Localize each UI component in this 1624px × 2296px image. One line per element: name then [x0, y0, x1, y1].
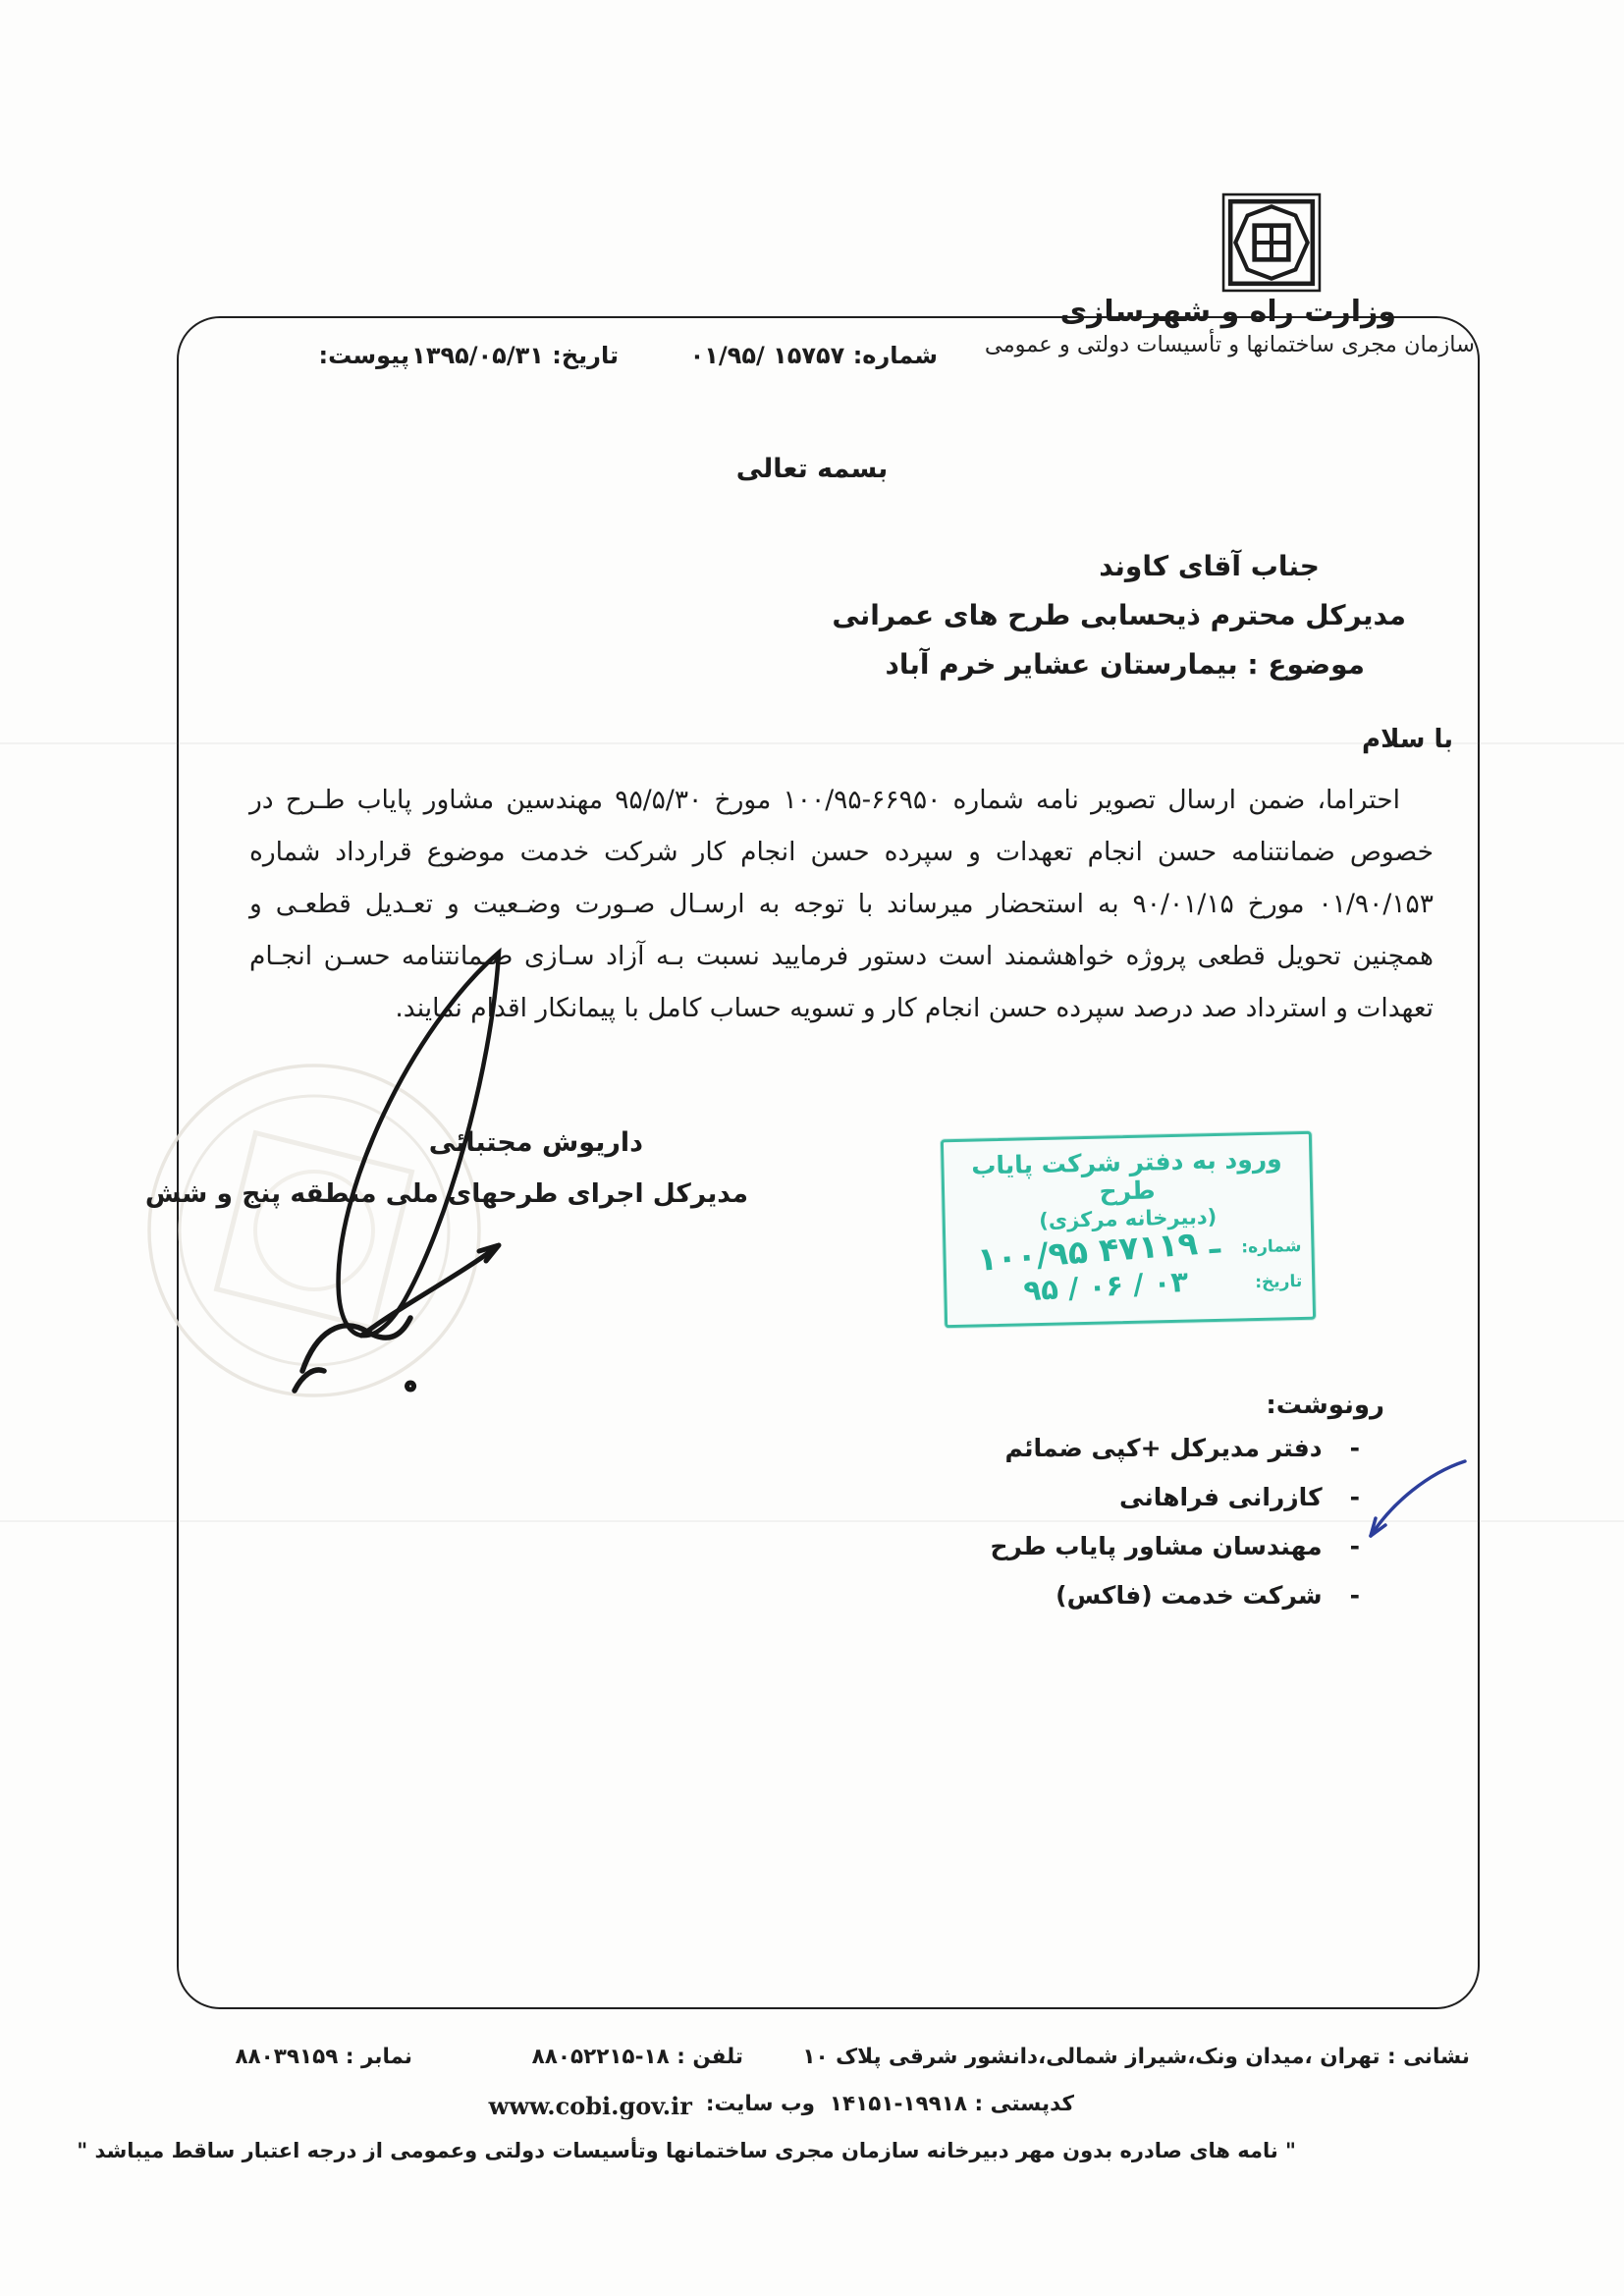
footer-postal-code: کدپستی : ۱۹۹۱۸-۱۴۱۵۱ [830, 2092, 1074, 2116]
organization-name: سازمان مجری ساختمانها و تأسیسات دولتی و … [985, 332, 1475, 357]
stamp-title: ورود به دفتر شرکت پایاب طرح [944, 1144, 1310, 1209]
footer-website: وب سایت: www.cobi.gov.ir [489, 2092, 815, 2120]
copy-item: - شرکت خدمت (فاکس) [1056, 1581, 1360, 1610]
stamp-date-label: تاریخ: [1255, 1272, 1302, 1292]
entry-stamp: ورود به دفتر شرکت پایاب طرح (دبیرخانه مر… [941, 1131, 1316, 1329]
letter-date-label: تاریخ: [552, 342, 619, 369]
copy-item-text: مهندسان مشاور پایاب طرح [991, 1532, 1323, 1560]
annotation-arrow-icon [1355, 1451, 1473, 1558]
signature-stroke [245, 911, 569, 1406]
footer-website-url: www.cobi.gov.ir [489, 2092, 692, 2120]
dash-bullet: - [1350, 1581, 1360, 1610]
copy-item-text: دفتر مدیرکل +کپی ضمائم [1005, 1434, 1323, 1462]
letter-number-value: ⁦۰۱/۹۵/ ۱۵۷۵۷⁩ [690, 342, 845, 369]
attachment-field: پیوست: [319, 342, 409, 369]
paper-crease [0, 1520, 1624, 1522]
subject-line: موضوع : بیمارستان عشایر خرم آباد [832, 640, 1365, 689]
letter-number-label: شماره: [853, 342, 938, 369]
copy-item-text: شرکت خدمت (فاکس) [1056, 1581, 1322, 1610]
footer-fax: نمابر : ۸۸۰۳۹۱۵۹ [235, 2045, 412, 2069]
scanned-letter-page: وزارت راه و شهرسازی سازمان مجری ساختمانه… [0, 0, 1624, 2296]
copy-item: - مهندسان مشاور پایاب طرح [991, 1532, 1360, 1560]
attachment-label: پیوست: [319, 342, 409, 369]
copy-item-text: کازرانی فراهانی [1119, 1483, 1323, 1511]
letter-number-field: شماره: ⁦۰۱/۹۵/ ۱۵۷۵۷⁩ [690, 342, 938, 369]
stamp-number-label: شماره: [1241, 1236, 1302, 1257]
footer-phone: تلفن : ۱۸-۸۸۰۵۲۲۱۵ [532, 2045, 743, 2069]
letter-date-field: تاریخ: ۱۳۹۵/۰۵/۳۱ [411, 342, 619, 369]
copies-label: رونوشت: [1266, 1391, 1384, 1420]
copy-item: - کازرانی فراهانی [1119, 1483, 1360, 1511]
ministry-logo [1221, 192, 1322, 293]
addressee-name: جناب آقای کاوند [832, 542, 1320, 591]
addressee-block: جناب آقای کاوند مدیرکل محترم ذیحسابی طرح… [832, 542, 1406, 689]
addressee-title: مدیرکل محترم ذیحسابی طرح های عمرانی [832, 591, 1406, 640]
footer-website-label: وب سایت: [706, 2092, 815, 2120]
besmele: بسمه تعالی [0, 454, 1624, 484]
copy-item: - دفتر مدیرکل +کپی ضمائم [1005, 1434, 1360, 1462]
letter-date-value: ۱۳۹۵/۰۵/۳۱ [411, 342, 544, 369]
footer-address: نشانی : تهران ،میدان ونک،شیراز شمالی،دان… [802, 2045, 1470, 2069]
salutation: با سلام [1362, 725, 1453, 754]
footer-disclaimer: " نامه های صادره بدون مهر دبیرخانه سازما… [393, 2139, 1296, 2162]
ministry-name: وزارت راه و شهرسازی [1060, 295, 1396, 329]
paper-crease [0, 742, 1624, 744]
